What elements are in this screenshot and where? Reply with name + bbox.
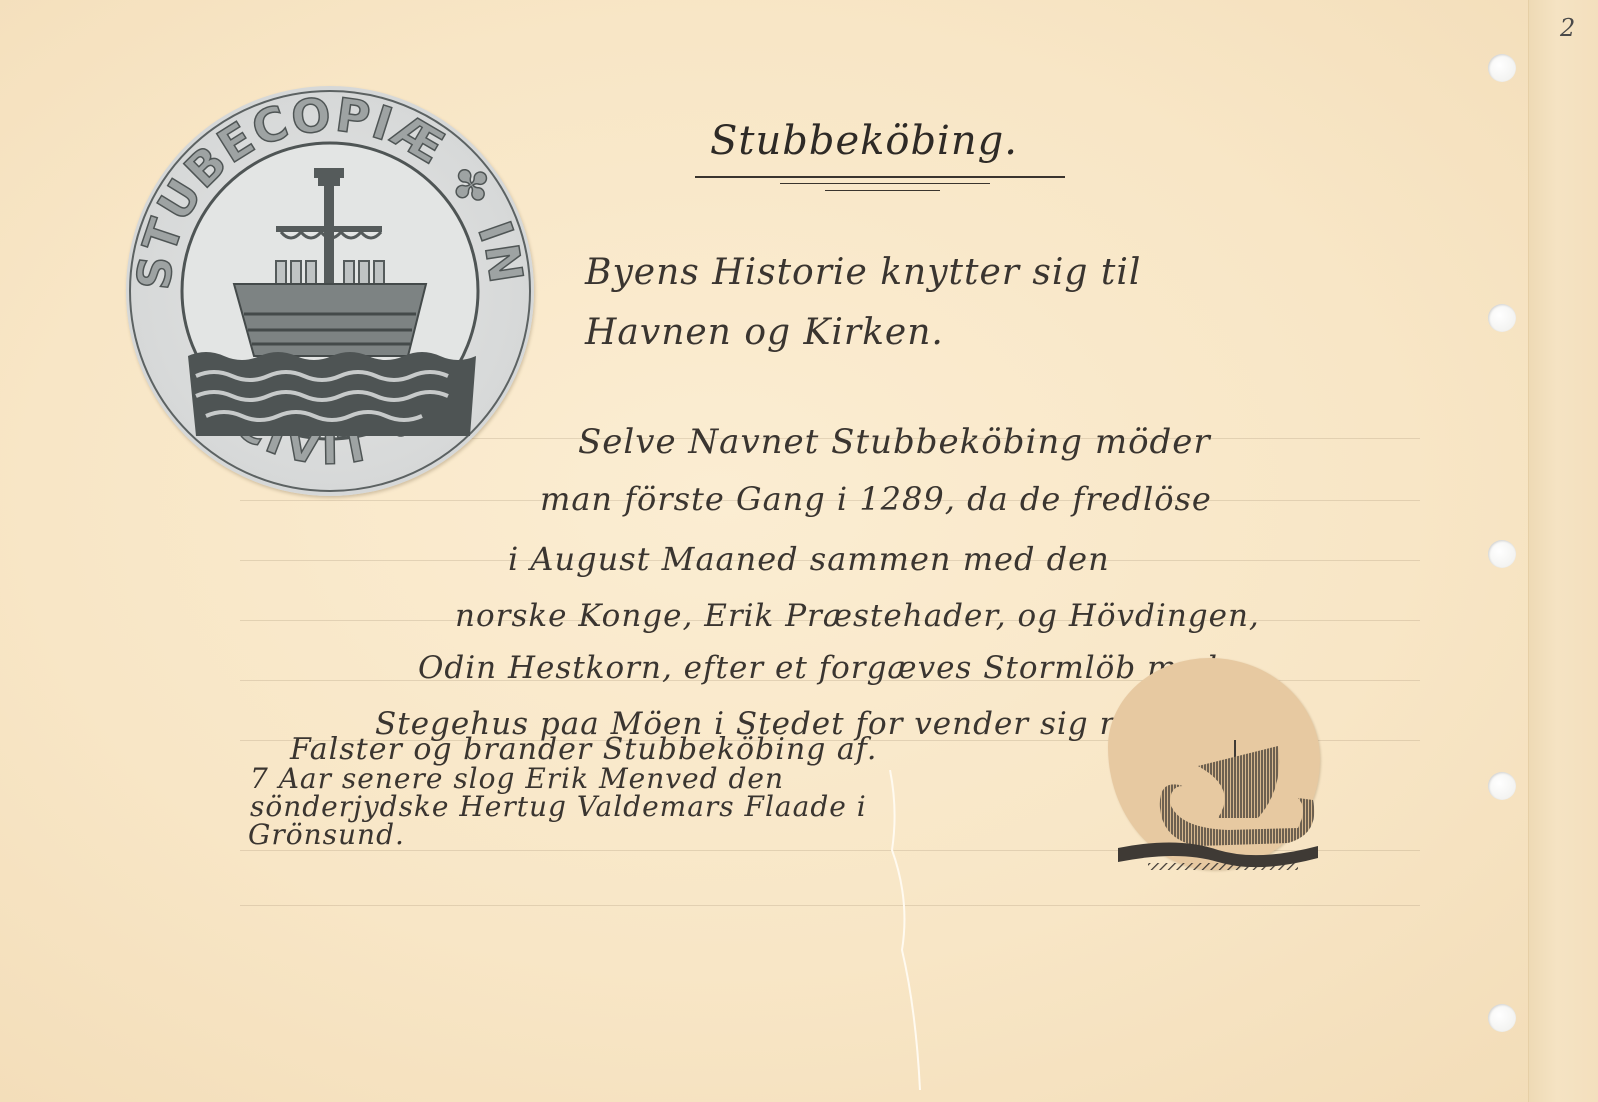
body-line: Odin Hestkorn, efter et forgæves Stormlö… — [418, 650, 1218, 686]
title-underline — [780, 183, 990, 184]
binder-hole — [1488, 1004, 1516, 1032]
binder-hole — [1488, 772, 1516, 800]
body-line: i August Maaned sammen med den — [508, 540, 1110, 578]
intro-line: Havnen og Kirken. — [585, 312, 944, 353]
viking-ship-clipping — [1108, 658, 1320, 870]
town-seal-image: STUBECOPIÆ ✤ INSIGNIA CIVIT • — [126, 86, 534, 496]
paper-tear — [880, 770, 940, 1090]
viking-ship-icon — [1108, 658, 1320, 870]
title-underline — [825, 190, 940, 191]
seal-ship-icon: STUBECOPIÆ ✤ INSIGNIA CIVIT • — [126, 86, 534, 496]
body-line: Grönsund. — [248, 818, 405, 851]
binder-hole — [1488, 54, 1516, 82]
scrapbook-page: 2 Stubbeköbing. STUBECOPIÆ ✤ INSIGNIA CI… — [0, 0, 1598, 1102]
binder-hole — [1488, 540, 1516, 568]
body-line: Selve Navnet Stubbeköbing möder — [578, 422, 1211, 462]
page-title: Stubbeköbing. — [710, 118, 1018, 164]
ruled-line — [240, 905, 1420, 906]
page-binding-edge — [1528, 0, 1598, 1102]
body-line: man förste Gang i 1289, da de fredlöse — [540, 480, 1212, 518]
intro-line: Byens Historie knytter sig til — [585, 252, 1141, 293]
page-number: 2 — [1560, 14, 1575, 42]
title-underline — [695, 176, 1065, 178]
body-line: norske Konge, Erik Præstehader, og Hövdi… — [455, 598, 1260, 634]
binder-hole — [1488, 304, 1516, 332]
